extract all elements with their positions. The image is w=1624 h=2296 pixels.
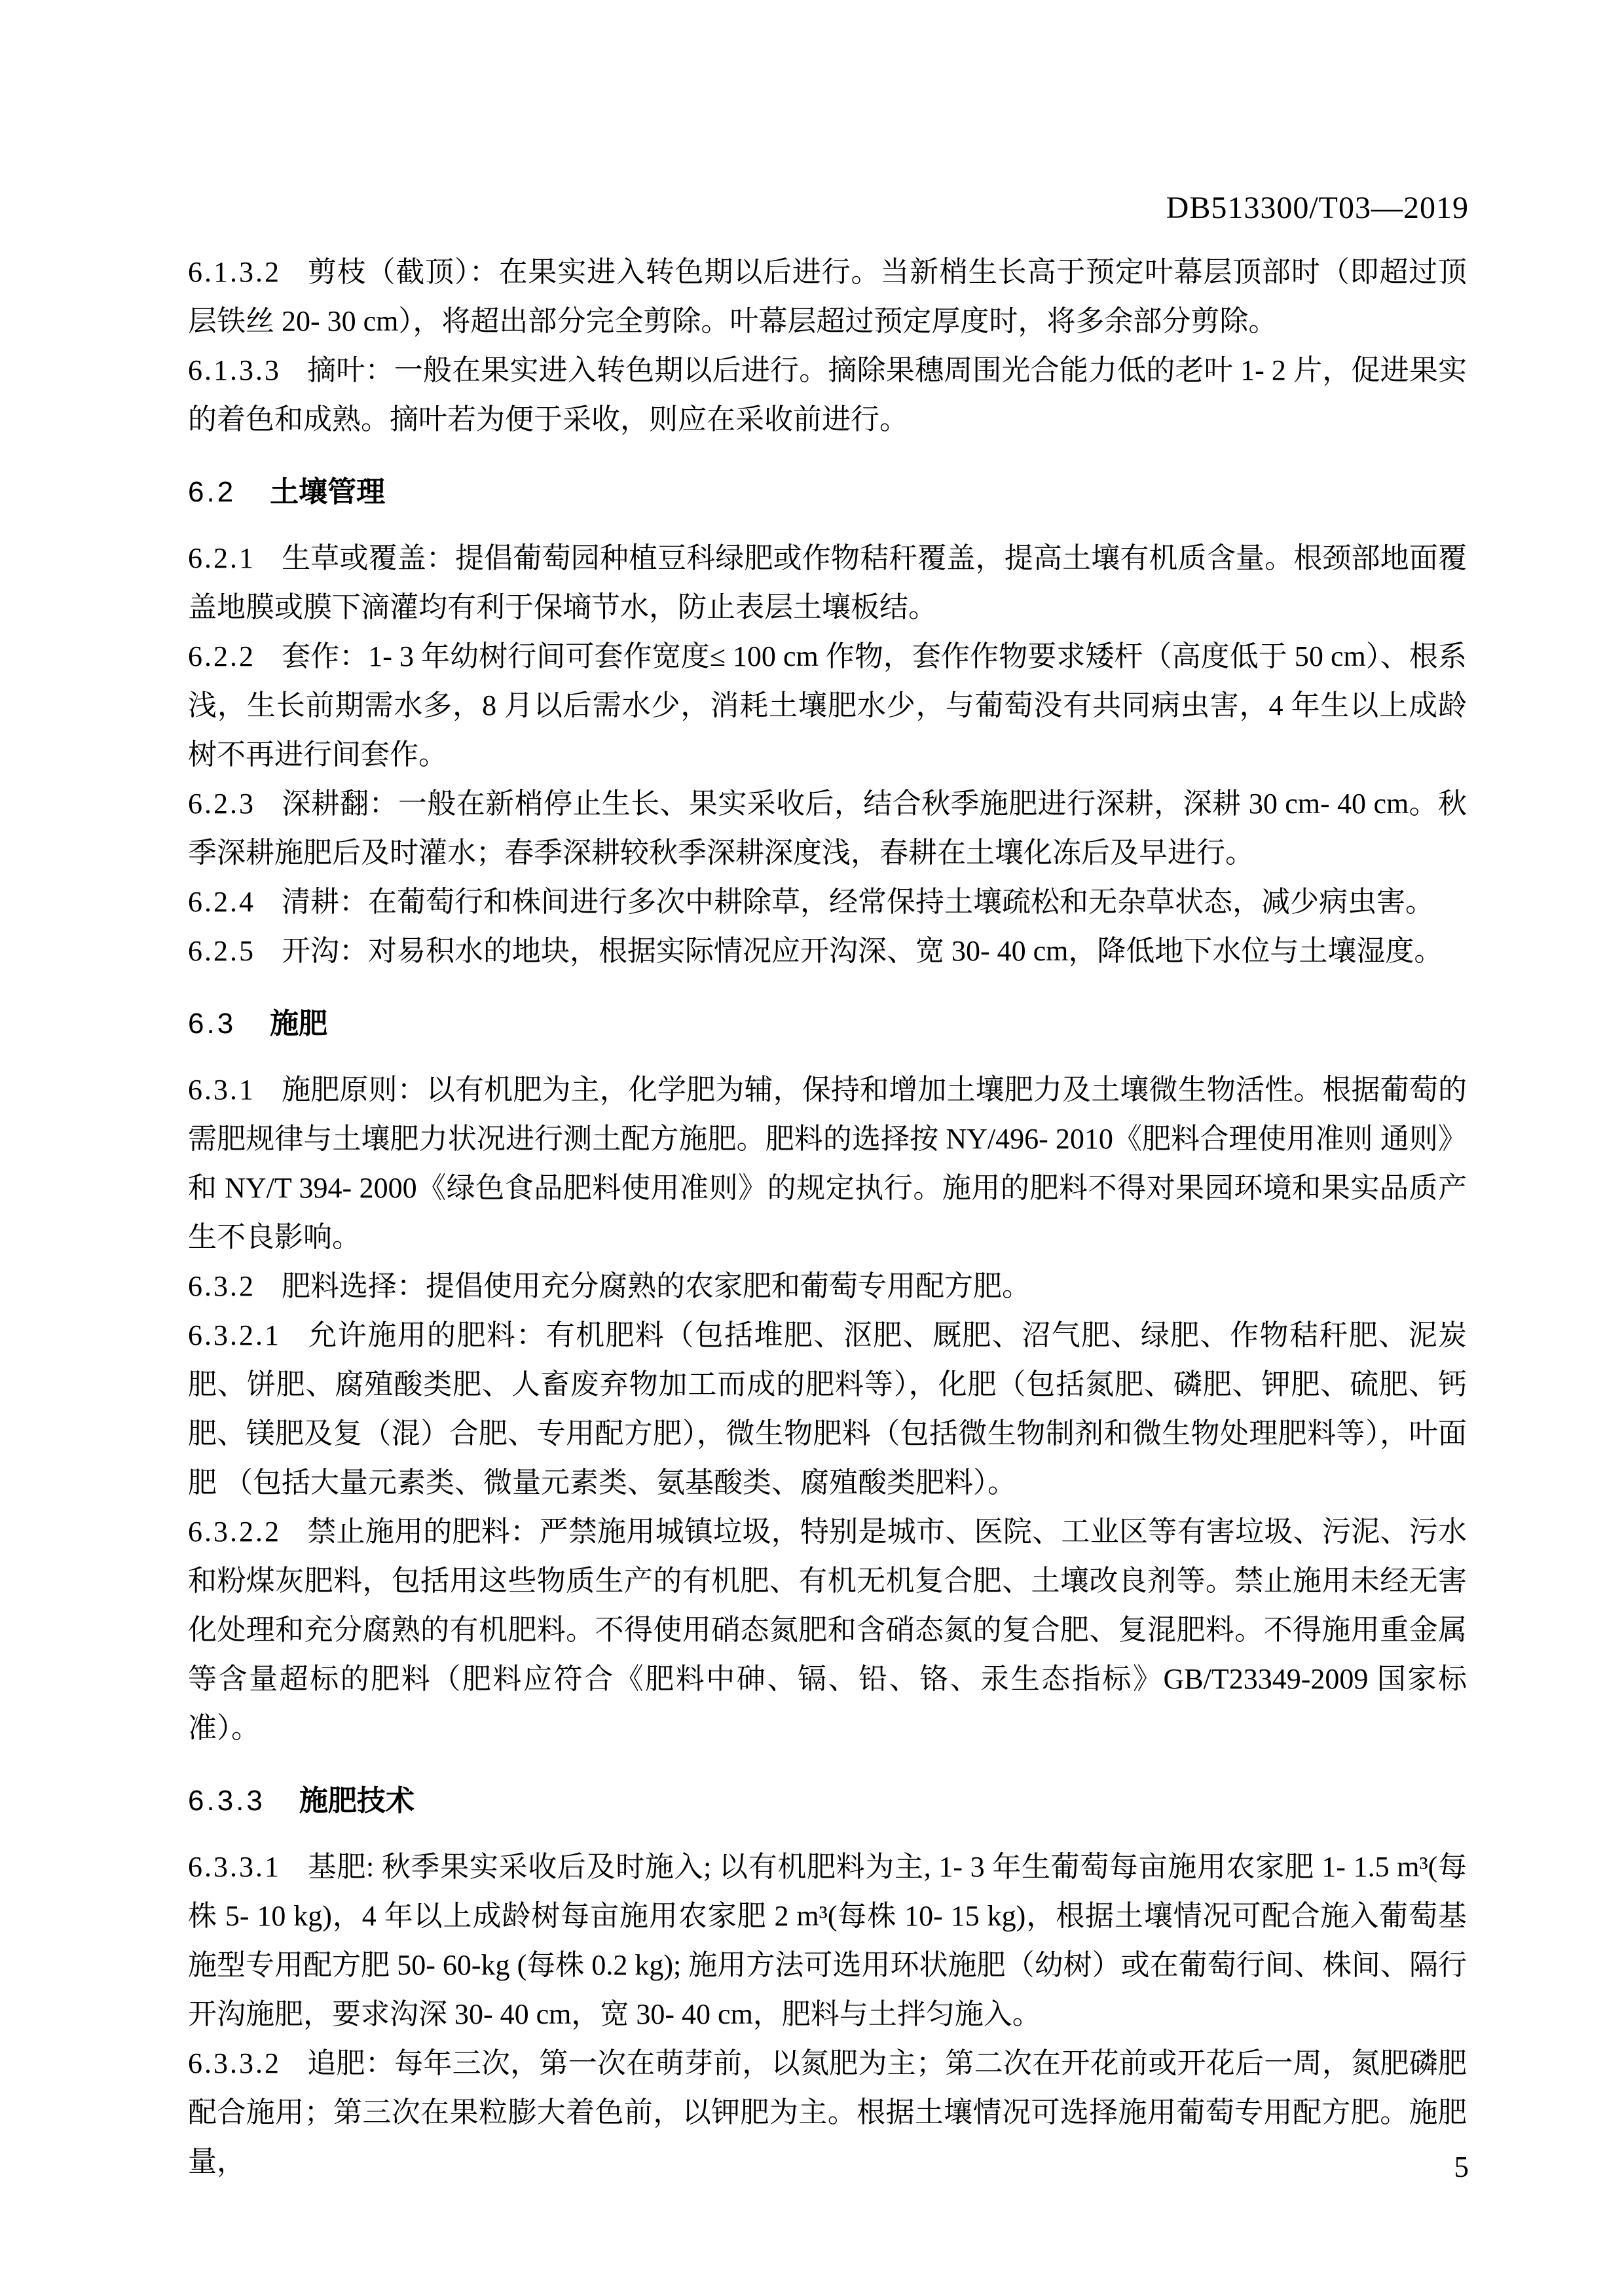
section-number: 6.2.1 — [188, 542, 255, 574]
paragraph-6-2-2: 6.2.2套作：1- 3 年幼树行间可套作宽度≤ 100 cm 作物，套作作物要… — [188, 632, 1467, 779]
paragraph-text: 深耕翻：一般在新梢停止生长、果实采收后，结合秋季施肥进行深耕，深耕 30 cm-… — [188, 788, 1467, 869]
paragraph-text: 肥料选择：提倡使用充分腐熟的农家肥和葡萄专用配方肥。 — [282, 1270, 1031, 1302]
heading-title: 施肥 — [270, 1008, 327, 1040]
paragraph-6-1-3-3: 6.1.3.3摘叶：一般在果实进入转色期以后进行。摘除果穗周围光合能力低的老叶 … — [188, 346, 1467, 444]
paragraph-6-3-3-1: 6.3.3.1基肥: 秋季果实采收后及时施入; 以有机肥料为主, 1- 3 年生… — [188, 1842, 1467, 2039]
paragraph-text: 套作：1- 3 年幼树行间可套作宽度≤ 100 cm 作物，套作作物要求矮杆（高… — [188, 640, 1467, 771]
section-number: 6.2.5 — [188, 935, 255, 967]
section-number: 6.2.4 — [188, 886, 255, 918]
paragraph-6-3-2-2: 6.3.2.2禁止施用的肥料：严禁施用城镇垃圾，特别是城市、医院、工业区等有害垃… — [188, 1507, 1467, 1753]
paragraph-6-2-5: 6.2.5开沟：对易积水的地块，根据实际情况应开沟深、宽 30- 40 cm，降… — [188, 926, 1467, 975]
section-number: 6.3.2.1 — [188, 1319, 281, 1351]
section-number: 6.2 — [188, 476, 236, 508]
paragraph-6-3-2-1: 6.3.2.1允许施用的肥料：有机肥料（包括堆肥、沤肥、厩肥、沼气肥、绿肥、作物… — [188, 1311, 1467, 1507]
paragraph-6-3-2: 6.3.2肥料选择：提倡使用充分腐熟的农家肥和葡萄专用配方肥。 — [188, 1262, 1467, 1311]
paragraph-text: 剪枝（截顶）：在果实进入转色期以后进行。当新梢生长高于预定叶幕层顶部时（即超过顶… — [188, 256, 1467, 337]
paragraph-6-2-3: 6.2.3深耕翻：一般在新梢停止生长、果实采收后，结合秋季施肥进行深耕，深耕 3… — [188, 779, 1467, 877]
document-standard-code-header: DB513300/T03—2019 — [188, 191, 1469, 226]
section-number: 6.3.2.2 — [188, 1516, 281, 1548]
heading-title: 施肥技术 — [299, 1785, 415, 1817]
section-number: 6.3.1 — [188, 1074, 255, 1106]
section-number: 6.3.2 — [188, 1270, 255, 1302]
paragraph-text: 清耕：在葡萄行和株间进行多次中耕除草，经常保持土壤疏松和无杂草状态，减少病虫害。 — [282, 886, 1434, 918]
section-number: 6.1.3.3 — [188, 354, 281, 386]
document-body: 6.1.3.2剪枝（截顶）：在果实进入转色期以后进行。当新梢生长高于预定叶幕层顶… — [188, 247, 1467, 2186]
paragraph-text: 摘叶：一般在果实进入转色期以后进行。摘除果穗周围光合能力低的老叶 1- 2 片，… — [188, 354, 1467, 435]
paragraph-6-2-1: 6.2.1生草或覆盖：提倡葡萄园种植豆科绿肥或作物秸秆覆盖，提高土壤有机质含量。… — [188, 534, 1467, 632]
paragraph-text: 禁止施用的肥料：严禁施用城镇垃圾，特别是城市、医院、工业区等有害垃圾、污泥、污水… — [188, 1516, 1467, 1744]
paragraph-text: 施肥原则：以有机肥为主，化学肥为辅，保持和增加土壤肥力及土壤微生物活性。根据葡萄… — [188, 1074, 1467, 1253]
section-number: 6.3.3.2 — [188, 2047, 281, 2079]
section-heading-fertilization: 6.3施肥 — [188, 999, 1467, 1048]
paragraph-text: 生草或覆盖：提倡葡萄园种植豆科绿肥或作物秸秆覆盖，提高土壤有机质含量。根颈部地面… — [188, 542, 1467, 623]
paragraph-text: 允许施用的肥料：有机肥料（包括堆肥、沤肥、厩肥、沼气肥、绿肥、作物秸秆肥、泥炭肥… — [188, 1319, 1467, 1499]
paragraph-text: 基肥: 秋季果实采收后及时施入; 以有机肥料为主, 1- 3 年生葡萄每亩施用农… — [188, 1851, 1467, 2030]
paragraph-6-1-3-2: 6.1.3.2剪枝（截顶）：在果实进入转色期以后进行。当新梢生长高于预定叶幕层顶… — [188, 247, 1467, 346]
paragraph-6-2-4: 6.2.4清耕：在葡萄行和株间进行多次中耕除草，经常保持土壤疏松和无杂草状态，减… — [188, 877, 1467, 926]
heading-title: 土壤管理 — [270, 476, 385, 508]
section-number: 6.3 — [188, 1008, 236, 1040]
paragraph-text: 开沟：对易积水的地块，根据实际情况应开沟深、宽 30- 40 cm，降低地下水位… — [282, 935, 1443, 967]
paragraph-6-3-1: 6.3.1施肥原则：以有机肥为主，化学肥为辅，保持和增加土壤肥力及土壤微生物活性… — [188, 1065, 1467, 1262]
section-number: 6.2.2 — [188, 640, 255, 672]
section-number: 6.2.3 — [188, 788, 255, 820]
section-number: 6.3.3 — [188, 1785, 265, 1817]
section-heading-fertilization-technique: 6.3.3施肥技术 — [188, 1776, 1467, 1825]
document-page: { "style": { "background_color": "#fffff… — [0, 0, 1624, 2296]
section-number: 6.3.3.1 — [188, 1851, 281, 1883]
section-number: 6.1.3.2 — [188, 256, 281, 288]
section-heading-soil-management: 6.2土壤管理 — [188, 467, 1467, 517]
page-number: 5 — [188, 2150, 1469, 2184]
